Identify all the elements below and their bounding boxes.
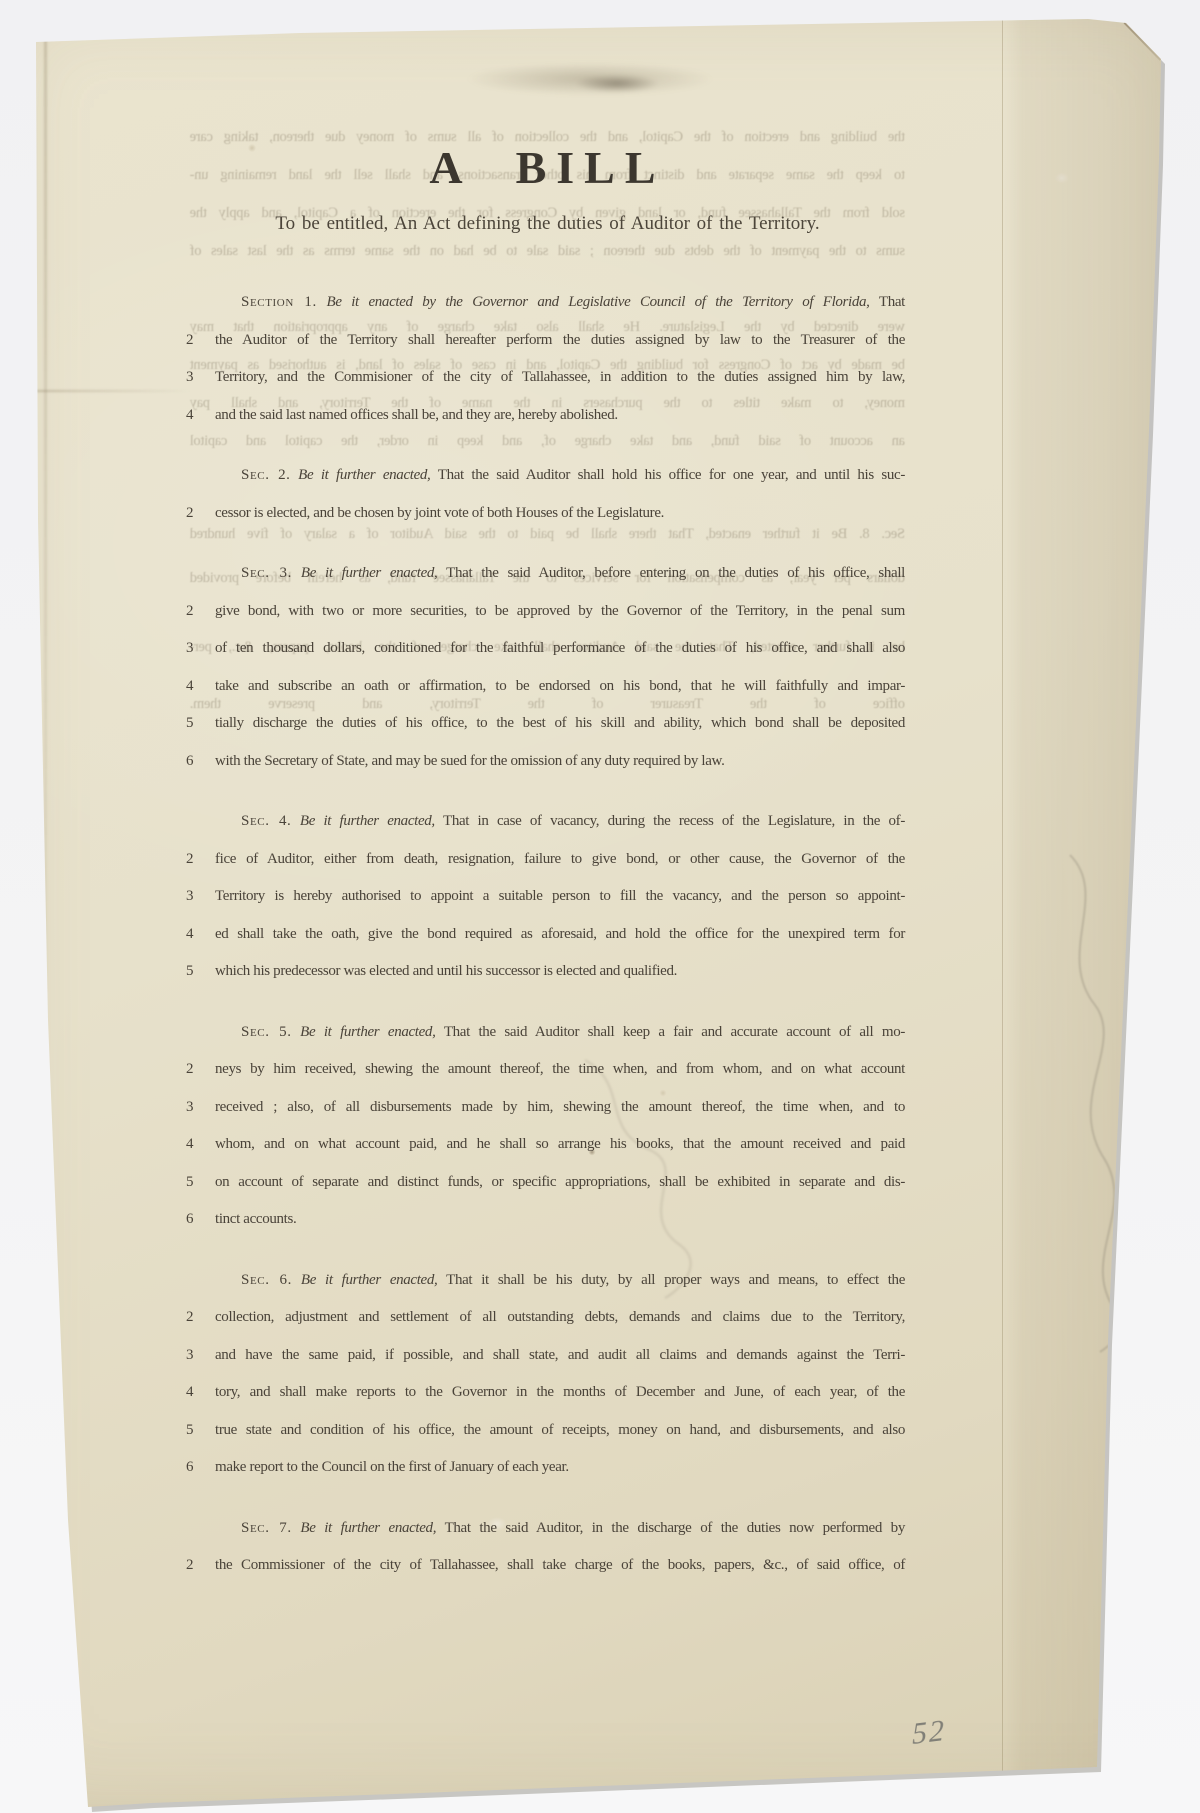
enacting-clause: Be it further enacted,	[300, 1520, 436, 1536]
bill-line: 2fice of Auditor, either from death, res…	[186, 841, 905, 879]
section-label: Sec. 6.	[241, 1272, 292, 1288]
bill-line: 3Territory is hereby authorised to appoi…	[186, 878, 905, 916]
line-text: on account of separate and distinct fund…	[215, 1164, 905, 1202]
section-label: Sec. 4.	[241, 813, 291, 829]
line-number: 3	[186, 359, 215, 397]
enacting-clause: Be it further enacted,	[300, 813, 435, 829]
bill-line-first: Section 1. Be it enacted by the Governor…	[186, 284, 905, 322]
line-text: Territory, and the Commisioner of the ci…	[215, 359, 905, 397]
bill-line: 3of ten thousand dollars, conditioned fo…	[186, 630, 905, 668]
line-text: and have the same paid, if possible, and…	[215, 1337, 905, 1375]
section-label: Section 1.	[241, 294, 317, 310]
bill-line: 4and the said last named offices shall b…	[186, 397, 905, 435]
bill-title: A BILL	[190, 142, 905, 194]
line-text: with the Secretary of State, and may be …	[215, 743, 905, 781]
line-text: the Commissioner of the city of Tallahas…	[215, 1547, 905, 1585]
bill-line: 6with the Secretary of State, and may be…	[186, 743, 905, 781]
bill-section: Sec. 3. Be it further enacted, That the …	[186, 555, 905, 780]
line-text: give bond, with two or more securities, …	[215, 593, 905, 631]
section-lines: 2the Auditor of the Territory shall here…	[186, 322, 905, 435]
line-text: which his predecessor was elected and un…	[215, 953, 905, 991]
bill-section: Sec. 6. Be it further enacted, That it s…	[186, 1262, 905, 1487]
bill-line: 4whom, and on what account paid, and he …	[186, 1126, 905, 1164]
section-lines: 2the Commissioner of the city of Tallaha…	[186, 1547, 905, 1585]
enacting-clause: Be it enacted by the Governor and Legisl…	[327, 294, 870, 310]
bill-line: 3received ; also, of all disbursements m…	[186, 1089, 905, 1127]
document-paper: the building and erection of the Capitol…	[0, 0, 1200, 1813]
bill-line: 5true state and condition of his office,…	[186, 1412, 905, 1450]
line-number	[186, 1014, 215, 1052]
bill-body: Section 1. Be it enacted by the Governor…	[186, 284, 905, 1585]
line-text: Sec. 5. Be it further enacted, That the …	[215, 1014, 905, 1052]
line-number: 6	[186, 743, 215, 781]
line-number: 2	[186, 593, 215, 631]
bill-line: 4ed shall take the oath, give the bond r…	[186, 916, 905, 954]
bill-line-first: Sec. 2. Be it further enacted, That the …	[186, 457, 905, 495]
line-number: 2	[186, 841, 215, 879]
section-label: Sec. 7.	[241, 1520, 292, 1536]
enacting-clause: Be it further enacted,	[300, 1024, 435, 1040]
line-number: 4	[186, 397, 215, 435]
line-text: collection, adjustment and settlement of…	[215, 1299, 905, 1337]
section-lines: 2neys by him received, shewing the amoun…	[186, 1051, 905, 1239]
line-text: cessor is elected, and be chosen by join…	[215, 495, 905, 533]
section-lines: 2collection, adjustment and settlement o…	[186, 1299, 905, 1487]
line-text: whom, and on what account paid, and he s…	[215, 1126, 905, 1164]
line-number: 2	[186, 1299, 215, 1337]
first-line-rest: That the said Auditor, in the discharge …	[445, 1520, 905, 1536]
bill-line: 3Territory, and the Commisioner of the c…	[186, 359, 905, 397]
printed-content: A BILL To be entitled, An Act defining t…	[0, 0, 1200, 1813]
bill-line: 6make report to the Council on the first…	[186, 1449, 905, 1487]
line-text: Sec. 7. Be it further enacted, That the …	[215, 1510, 905, 1548]
bill-section: Sec. 7. Be it further enacted, That the …	[186, 1510, 905, 1585]
bill-line: 5tially discharge the duties of his offi…	[186, 705, 905, 743]
line-number: 2	[186, 495, 215, 533]
bill-line: 6tinct accounts.	[186, 1201, 905, 1239]
bill-section: Sec. 2. Be it further enacted, That the …	[186, 457, 905, 532]
line-text: Territory is hereby authorised to appoin…	[215, 878, 905, 916]
line-text: and the said last named offices shall be…	[215, 397, 905, 435]
section-lines: 2cessor is elected, and be chosen by joi…	[186, 495, 905, 533]
line-number	[186, 457, 215, 495]
line-number	[186, 803, 215, 841]
section-label: Sec. 5.	[241, 1024, 292, 1040]
line-number: 4	[186, 668, 215, 706]
bill-line: 5on account of separate and distinct fun…	[186, 1164, 905, 1202]
line-number: 4	[186, 1126, 215, 1164]
line-text: tially discharge the duties of his offic…	[215, 705, 905, 743]
line-text: Section 1. Be it enacted by the Governor…	[215, 284, 905, 322]
line-number	[186, 555, 215, 593]
line-number	[186, 284, 215, 322]
first-line-rest: That the said Auditor shall hold his off…	[438, 467, 905, 483]
bill-line: 2cessor is elected, and be chosen by joi…	[186, 495, 905, 533]
first-line-rest: That	[879, 294, 905, 310]
line-number: 4	[186, 1374, 215, 1412]
bill-line-first: Sec. 7. Be it further enacted, That the …	[186, 1510, 905, 1548]
line-number: 5	[186, 1164, 215, 1202]
line-text: ed shall take the oath, give the bond re…	[215, 916, 905, 954]
section-lines: 2fice of Auditor, either from death, res…	[186, 841, 905, 991]
line-number: 5	[186, 953, 215, 991]
line-text: take and subscribe an oath or affirmatio…	[215, 668, 905, 706]
line-text: the Auditor of the Territory shall herea…	[215, 322, 905, 360]
line-number	[186, 1510, 215, 1548]
line-number: 2	[186, 1547, 215, 1585]
enacting-clause: Be it further enacted,	[301, 565, 438, 581]
line-number: 3	[186, 1089, 215, 1127]
bill-line: 2give bond, with two or more securities,…	[186, 593, 905, 631]
bill-line-first: Sec. 5. Be it further enacted, That the …	[186, 1014, 905, 1052]
first-line-rest: That it shall be his duty, by all proper…	[446, 1272, 905, 1288]
bill-line-first: Sec. 3. Be it further enacted, That the …	[186, 555, 905, 593]
section-label: Sec. 2.	[241, 467, 291, 483]
bill-line: 2collection, adjustment and settlement o…	[186, 1299, 905, 1337]
line-text: tinct accounts.	[215, 1201, 905, 1239]
bill-line: 4tory, and shall make reports to the Gov…	[186, 1374, 905, 1412]
line-number: 6	[186, 1449, 215, 1487]
bill-line: 2the Commissioner of the city of Tallaha…	[186, 1547, 905, 1585]
line-text: of ten thousand dollars, conditioned for…	[215, 630, 905, 668]
bill-line-first: Sec. 6. Be it further enacted, That it s…	[186, 1262, 905, 1300]
line-number: 3	[186, 630, 215, 668]
line-number: 2	[186, 322, 215, 360]
bill-section: Sec. 5. Be it further enacted, That the …	[186, 1014, 905, 1239]
line-number: 5	[186, 705, 215, 743]
bill-line: 3and have the same paid, if possible, an…	[186, 1337, 905, 1375]
line-number: 3	[186, 878, 215, 916]
line-text: neys by him received, shewing the amount…	[215, 1051, 905, 1089]
line-number	[186, 1262, 215, 1300]
first-line-rest: That in case of vacancy, during the rece…	[443, 813, 905, 829]
enacting-clause: Be it further enacted,	[298, 467, 430, 483]
pencil-page-number: 52	[912, 1714, 946, 1752]
line-text: true state and condition of his office, …	[215, 1412, 905, 1450]
enacting-clause: Be it further enacted,	[301, 1272, 438, 1288]
first-line-rest: That the said Auditor, before entering o…	[446, 565, 905, 581]
line-number: 2	[186, 1051, 215, 1089]
section-label: Sec. 3.	[241, 565, 292, 581]
line-text: Sec. 2. Be it further enacted, That the …	[215, 457, 905, 495]
line-number: 4	[186, 916, 215, 954]
bill-section: Sec. 4. Be it further enacted, That in c…	[186, 803, 905, 991]
line-text: fice of Auditor, either from death, resi…	[215, 841, 905, 879]
bill-section: Section 1. Be it enacted by the Governor…	[186, 284, 905, 434]
line-number: 5	[186, 1412, 215, 1450]
section-lines: 2give bond, with two or more securities,…	[186, 593, 905, 781]
line-text: tory, and shall make reports to the Gove…	[215, 1374, 905, 1412]
bill-subtitle: To be entitled, An Act defining the duti…	[190, 212, 905, 236]
line-text: Sec. 6. Be it further enacted, That it s…	[215, 1262, 905, 1300]
line-text: make report to the Council on the first …	[215, 1449, 905, 1487]
bill-line-first: Sec. 4. Be it further enacted, That in c…	[186, 803, 905, 841]
line-text: Sec. 4. Be it further enacted, That in c…	[215, 803, 905, 841]
line-number: 3	[186, 1337, 215, 1375]
bill-line: 5which his predecessor was elected and u…	[186, 953, 905, 991]
bill-line: 4take and subscribe an oath or affirmati…	[186, 668, 905, 706]
line-text: received ; also, of all disbursements ma…	[215, 1089, 905, 1127]
bill-line: 2the Auditor of the Territory shall here…	[186, 322, 905, 360]
line-number: 6	[186, 1201, 215, 1239]
line-text: Sec. 3. Be it further enacted, That the …	[215, 555, 905, 593]
bill-line: 2neys by him received, shewing the amoun…	[186, 1051, 905, 1089]
first-line-rest: That the said Auditor shall keep a fair …	[444, 1024, 905, 1040]
